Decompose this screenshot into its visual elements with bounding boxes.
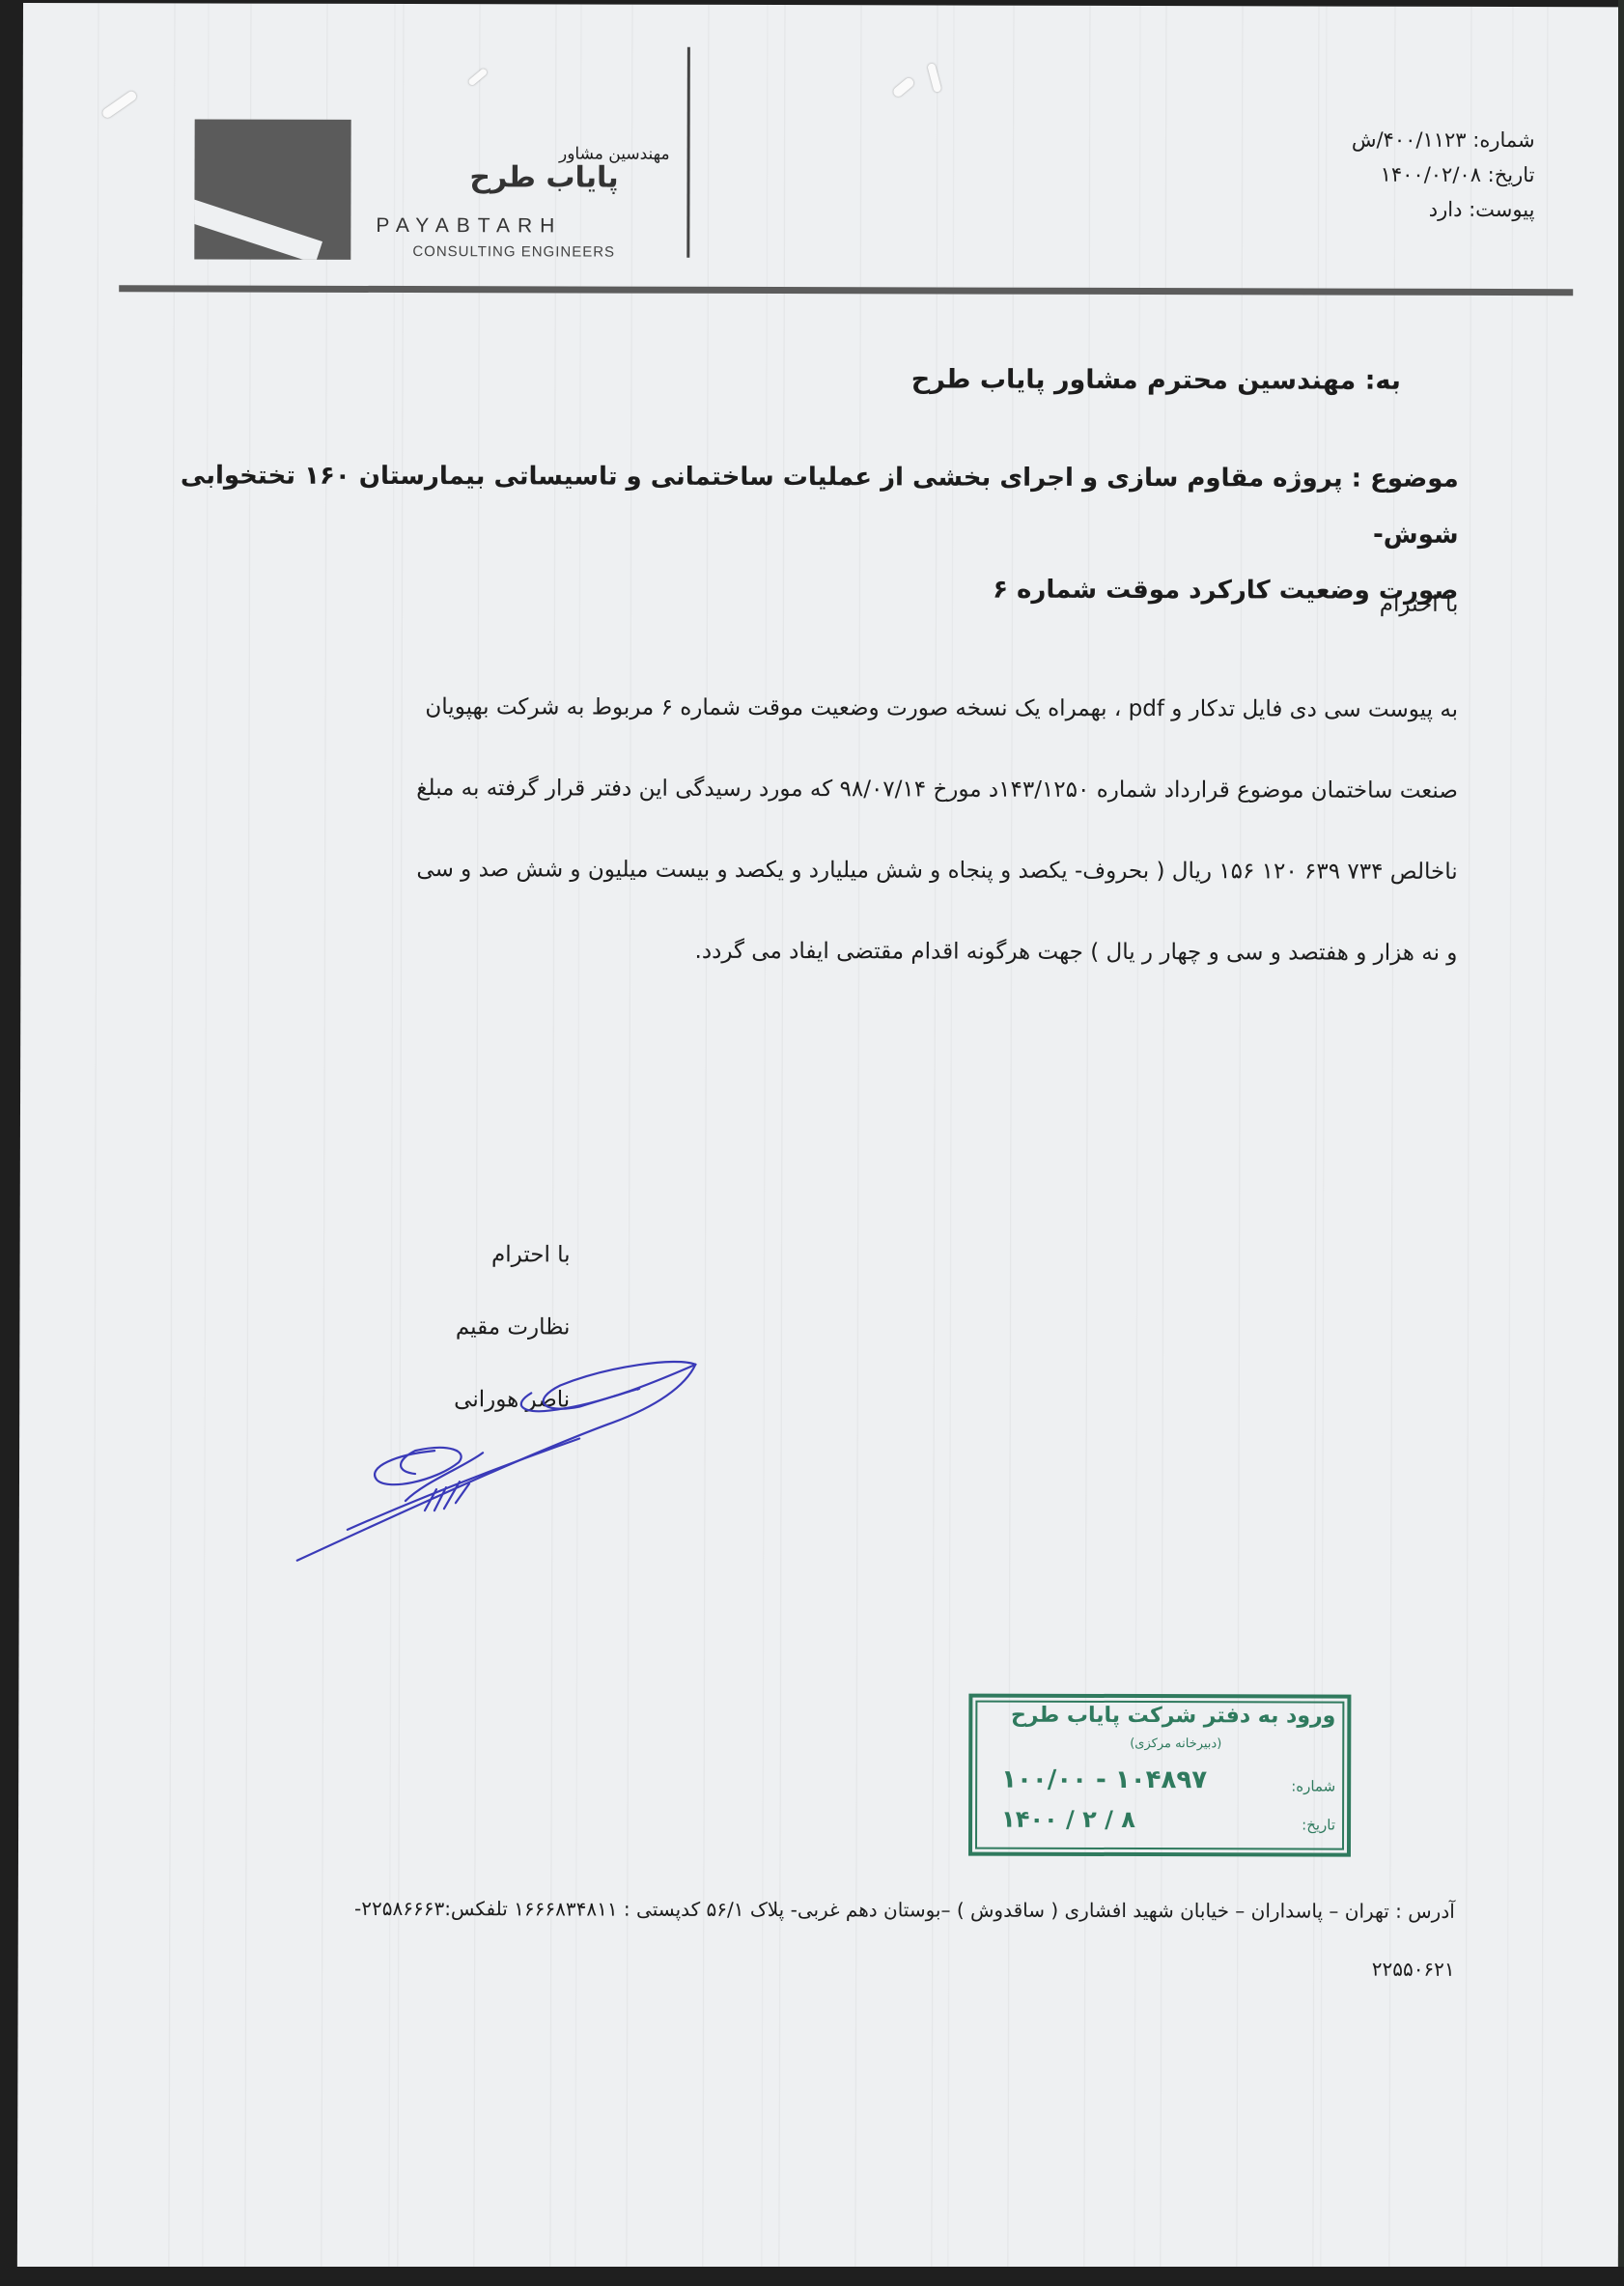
footer-phone-continued: ۲۲۵۵۰۶۲۱ [1372,1958,1455,1981]
scan-edge-right [1618,0,1624,2286]
letter-attachment: پیوست: دارد [1225,191,1534,227]
handwritten-signature-icon [290,1346,715,1569]
subject: موضوع : پروژه مقاوم سازی و اجرای بخشی از… [164,447,1458,619]
body-line: به پیوست سی دی فایل تدکار و pdf ، بهمراه… [174,665,1458,749]
recipient: به: مهندسین محترم مشاور پایاب طرح [911,364,1401,395]
scan-artifact [100,90,138,120]
stamp-date-label: تاریخ: [1302,1816,1335,1833]
receipt-stamp: ورود به دفتر شرکت پایاب طرح (دبیرخانه مر… [968,1694,1351,1857]
stamp-subtitle: (دبیرخانه مرکزی) [1130,1736,1221,1751]
closing: با احترام [378,1219,571,1292]
logo-stripe-shape [194,196,322,259]
header-rule [119,285,1573,296]
stamp-number-label: شماره: [1291,1777,1335,1794]
stamp-number-value: ۱۰۰/۰۰ - ۱۰۴۸۹۷ [1001,1765,1207,1795]
company-logo-mark [194,119,350,259]
logo-en-name: PAYABTARH [376,214,562,239]
header-divider [686,47,690,258]
stamp-date-value: ۱۴۰۰ / ۲ / ۸ [1001,1806,1135,1833]
subject-line: صورت وضعیت کارکرد موقت شماره ۶ [164,559,1458,619]
letter-page: مهندسین مشاور پایاب طرح PAYABTARH CONSUL… [17,3,1624,2276]
letter-date: تاریخ: ۱۴۰۰/۰۲/۰۸ [1225,156,1534,192]
body-line: و نه هزار و هفتصد و سی و چهار ر یال ) جه… [173,909,1457,993]
scan-artifact [467,68,488,86]
letter-number: شماره: ۴۰۰/۱۱۲۳/ش [1226,122,1535,157]
logo-fa-name: پایاب طرح [447,160,640,195]
subject-line: موضوع : پروژه مقاوم سازی و اجرای بخشی از… [164,447,1458,563]
body-line: صنعت ساختمان موضوع قرارداد شماره ۱۴۳/۱۲۵… [174,747,1458,831]
salutation: با احترام [1380,592,1459,617]
stamp-title: ورود به دفتر شرکت پایاب طرح [1011,1704,1335,1729]
letter-meta: شماره: ۴۰۰/۱۱۲۳/ش تاریخ: ۱۴۰۰/۰۲/۰۸ پیوس… [1225,122,1534,227]
body-paragraph: به پیوست سی دی فایل تدکار و pdf ، بهمراه… [173,665,1458,993]
footer-address: آدرس : تهران – پاسداران – خیابان شهید اف… [45,1896,1455,1923]
scan-edge-bottom [0,2267,1624,2286]
scan-artifact [891,76,915,99]
scan-artifact [927,63,941,93]
body-line: ناخالص ۷۳۴ ۶۳۹ ۱۲۰ ۱۵۶ ریال ( بحروف- یکص… [174,828,1458,912]
logo-en-subtitle: CONSULTING ENGINEERS [412,243,615,261]
